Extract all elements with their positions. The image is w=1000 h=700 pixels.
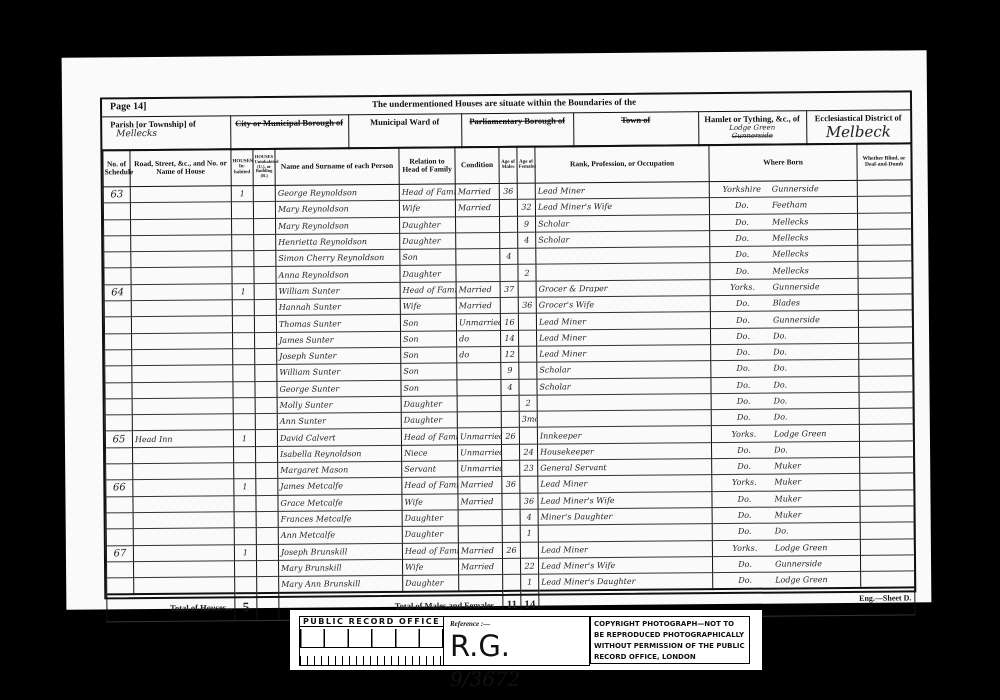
occupation <box>537 393 711 411</box>
house-name <box>131 251 232 268</box>
inhabited-count <box>233 349 255 365</box>
uninhabited <box>255 381 277 397</box>
where-born: Yorks.Gunnerside <box>710 278 858 296</box>
uninhabited <box>254 299 276 315</box>
relation: Head of Family <box>399 184 455 201</box>
blind-deaf <box>858 278 912 295</box>
inhabited-count: 1 <box>231 186 253 202</box>
relation: Wife <box>400 298 456 315</box>
parliamentary-field: Parliamentary Borough of <box>461 112 574 148</box>
house-name <box>131 267 232 284</box>
person-name: William Sunter <box>277 364 401 381</box>
age-male <box>502 460 520 476</box>
uninhabited <box>256 511 278 527</box>
age-female: 2 <box>518 265 536 281</box>
census-body: 631George ReynoldsonHead of FamilyMarrie… <box>103 180 915 595</box>
ecclesiastical-value: Melbeck <box>806 122 910 141</box>
relation: Son <box>401 379 457 396</box>
blind-deaf <box>857 180 911 197</box>
inhabited-count <box>232 251 254 267</box>
occupation: Grocer's Wife <box>536 296 710 314</box>
blind-deaf <box>859 441 913 458</box>
person-name: Henrietta Reynoldson <box>276 233 400 250</box>
house-name <box>131 300 232 317</box>
blind-deaf <box>859 359 913 376</box>
schedule-number <box>105 350 132 367</box>
born-place: Mellecks <box>772 217 808 226</box>
inhabited-count <box>232 218 254 234</box>
house-name <box>132 381 233 398</box>
condition: Unmarried <box>457 428 501 445</box>
pro-ruler-box: PUBLIC RECORD OFFICE <box>299 616 444 666</box>
person-name: Mary Brunskill <box>279 559 403 576</box>
age-male: 12 <box>501 346 519 362</box>
house-name <box>132 365 233 382</box>
occupation: Innkeeper <box>537 426 711 444</box>
uninhabited <box>255 414 277 430</box>
age-male <box>502 526 520 542</box>
col-house: Road, Street, &c., and No. or Name of Ho… <box>130 149 231 187</box>
house-name <box>134 577 235 595</box>
uninhabited <box>255 430 277 446</box>
schedule-number <box>106 496 133 513</box>
reference-value: R.G. 9/3672 <box>450 631 589 694</box>
relation: Niece <box>402 445 458 462</box>
born-place: Muker <box>774 494 801 503</box>
where-born: Do.Gunnerside <box>712 555 860 573</box>
house-name <box>134 561 235 578</box>
age-male: 37 <box>500 281 518 297</box>
person-name: George Sunter <box>277 380 401 397</box>
inhabited-count <box>235 560 257 576</box>
condition <box>456 265 500 282</box>
person-name: Simon Cherry Reynoldson <box>276 250 400 267</box>
age-male: 26 <box>502 542 520 558</box>
born-place: Do. <box>774 396 788 405</box>
person-name: Hannah Sunter <box>276 298 400 315</box>
inhabited-count <box>234 446 256 462</box>
age-male <box>502 509 520 525</box>
born-place: Muker <box>775 510 802 519</box>
condition <box>457 379 501 396</box>
person-name: Ann Sunter <box>277 412 401 429</box>
schedule-number <box>104 317 131 334</box>
born-place: Gunnerside <box>775 559 822 568</box>
house-name <box>133 479 234 496</box>
relation: Servant <box>402 461 458 478</box>
age-female <box>519 346 537 362</box>
born-county: Do. <box>713 380 773 390</box>
schedule-number <box>106 513 133 530</box>
age-female: 36 <box>520 493 538 509</box>
condition <box>456 249 500 266</box>
col-inhabited: HOUSES In-habited <box>231 149 253 186</box>
parish-label: Parish [or Township] of <box>102 115 230 129</box>
person-name: Anna Reynoldson <box>276 266 400 283</box>
condition: Married <box>458 558 502 575</box>
born-county: Do. <box>714 413 774 423</box>
age-female: 3mo <box>519 411 537 427</box>
born-county: Yorkshire <box>712 185 772 195</box>
born-county: Do. <box>712 250 772 260</box>
occupation: Lead Miner's Wife <box>538 556 712 574</box>
uninhabited <box>257 560 279 576</box>
hamlet-field: Hamlet or Tything, &c., of Lodge Green G… <box>698 110 807 146</box>
born-place: Do. <box>774 413 788 422</box>
col-uninhabited: HOUSES Uninhabited (U.), or Building (B.… <box>253 148 275 185</box>
occupation <box>536 263 710 281</box>
occupation: General Servant <box>538 459 712 477</box>
parliamentary-label: Parliamentary Borough of <box>461 112 573 126</box>
where-born: Do.Muker <box>712 490 860 508</box>
born-county: Yorks. <box>715 543 775 553</box>
schedule-number <box>105 333 132 350</box>
schedule-number <box>107 578 134 595</box>
age-female: 22 <box>520 558 538 574</box>
uninhabited <box>254 283 276 299</box>
person-name: Joseph Sunter <box>277 347 401 364</box>
relation: Son <box>401 347 457 364</box>
condition <box>457 412 501 429</box>
condition: Unmarried <box>456 314 500 331</box>
sheet-mark: Eng.—Sheet D. <box>859 593 911 602</box>
page-number: Page 14] <box>110 101 146 112</box>
condition: Married <box>458 542 502 559</box>
born-county: Do. <box>713 331 773 341</box>
age-female <box>520 542 538 558</box>
col-where-born: Where Born <box>709 143 857 181</box>
where-born: Do.Feetham <box>709 197 857 215</box>
relation: Head of Family <box>401 428 457 445</box>
schedule-number <box>105 382 132 399</box>
uninhabited <box>256 528 278 544</box>
age-female: 9 <box>518 216 536 232</box>
inhabited-count <box>234 495 256 511</box>
born-place: Mellecks <box>772 250 808 259</box>
schedule-number: 66 <box>106 480 133 497</box>
occupation: Grocer & Draper <box>536 279 710 297</box>
born-place: Lodge Green <box>775 543 828 552</box>
schedule-number <box>105 366 132 383</box>
schedule-number <box>106 464 133 481</box>
person-name: Margaret Mason <box>278 461 402 478</box>
where-born: Do.Muker <box>712 506 860 524</box>
relation: Daughter <box>403 575 459 592</box>
schedule-number: 67 <box>106 545 133 562</box>
occupation <box>537 410 711 428</box>
relation: Son <box>400 249 456 266</box>
person-name: Molly Sunter <box>277 396 401 413</box>
age-male <box>501 411 519 427</box>
occupation: Scholar <box>537 361 711 379</box>
inhabited-count <box>232 300 254 316</box>
ecclesiastical-field: Ecclesiastical District of Melbeck <box>806 109 910 145</box>
town-field: Town of <box>573 111 699 147</box>
condition: Married <box>455 183 499 200</box>
blind-deaf <box>858 310 912 327</box>
inhabited-count: 1 <box>234 544 256 560</box>
house-name <box>133 512 234 529</box>
person-name: James Metcalfe <box>278 478 402 495</box>
relation: Wife <box>399 200 455 217</box>
house-name <box>132 332 233 349</box>
inhabited-count <box>233 414 255 430</box>
blind-deaf <box>859 375 913 392</box>
house-name <box>132 349 233 366</box>
inhabited-count <box>233 397 255 413</box>
condition: Unmarried <box>458 461 502 478</box>
where-born: Do.Blades <box>710 294 858 312</box>
born-county: Do. <box>712 234 772 244</box>
person-name: Frances Metcalfe <box>278 510 402 527</box>
occupation: Lead Miner <box>538 540 712 558</box>
age-male: 4 <box>500 248 518 264</box>
age-female: 2 <box>519 395 537 411</box>
schedule-number <box>104 252 131 269</box>
born-county: Do. <box>712 266 772 276</box>
age-female <box>518 314 536 330</box>
born-place: Do. <box>773 380 787 389</box>
ward-label: Municipal Ward of <box>348 113 461 127</box>
age-female <box>519 362 537 378</box>
col-condition: Condition <box>455 146 499 183</box>
relation: Son <box>401 363 457 380</box>
blind-deaf <box>861 571 915 588</box>
age-male <box>500 265 518 281</box>
house-name <box>133 528 234 545</box>
age-female: 4 <box>520 509 538 525</box>
house-name <box>131 218 232 235</box>
reference-prefix: R.G. <box>450 629 510 663</box>
where-born: Do.Do. <box>711 360 859 378</box>
born-county: Yorks. <box>714 478 774 488</box>
census-table: No. of Schedule Road, Street, &c., and N… <box>102 142 915 622</box>
occupation: Scholar <box>537 377 711 395</box>
col-blind-deaf: Whether Blind, or Deaf-and-Dumb <box>857 143 911 180</box>
born-county: Do. <box>712 217 772 227</box>
age-female <box>519 379 537 395</box>
where-born: Do.Mellecks <box>710 246 858 264</box>
house-name <box>133 463 234 480</box>
age-female: 1 <box>521 574 539 591</box>
person-name: Mary Reynoldson <box>276 217 400 234</box>
blind-deaf <box>858 261 912 278</box>
relation: Daughter <box>402 526 458 543</box>
schedule-number <box>106 447 133 464</box>
condition: Unmarried <box>457 444 501 461</box>
relation: Wife <box>402 559 458 576</box>
uninhabited <box>257 577 279 594</box>
born-place: Muker <box>774 478 801 487</box>
age-female <box>518 281 536 297</box>
uninhabited <box>256 462 278 478</box>
where-born: Do.Muker <box>712 457 860 475</box>
person-name: Joseph Brunskill <box>278 543 402 560</box>
age-female: 1 <box>520 525 538 541</box>
age-female: 32 <box>517 199 535 215</box>
uninhabited <box>255 365 277 381</box>
born-place: Do. <box>774 445 788 454</box>
where-born: Do.Lodge Green <box>713 571 861 589</box>
condition <box>457 395 501 412</box>
blind-deaf <box>858 229 912 246</box>
total-uninhabited <box>257 593 279 621</box>
occupation: Lead Miner's Wife <box>535 198 709 216</box>
relation: Wife <box>402 493 458 510</box>
schedule-number <box>104 301 131 318</box>
born-county: Yorks. <box>713 283 773 293</box>
col-age-males: Age of Males <box>499 146 517 183</box>
born-place: Mellecks <box>772 266 808 275</box>
reference-label: Reference :— <box>450 620 490 628</box>
condition <box>456 232 500 249</box>
relation: Daughter <box>402 510 458 527</box>
blind-deaf <box>858 327 912 344</box>
born-county: Do. <box>713 364 773 374</box>
person-name: Mary Reynoldson <box>275 201 399 218</box>
schedule-number <box>105 415 132 432</box>
age-male: 36 <box>499 183 517 199</box>
hamlet-label: Hamlet or Tything, &c., of <box>698 110 806 124</box>
census-form: Page 14] The undermentioned Houses are s… <box>100 90 916 599</box>
age-female <box>520 476 538 492</box>
ecclesiastical-label: Ecclesiastical District of <box>806 109 910 123</box>
blind-deaf <box>857 212 911 229</box>
born-place: Blades <box>773 299 800 308</box>
borough-label: City or Municipal Borough of <box>230 114 348 128</box>
age-male <box>499 200 517 216</box>
blind-deaf <box>859 392 913 409</box>
house-name: Head Inn <box>132 430 233 447</box>
schedule-number: 63 <box>103 187 130 204</box>
where-born: YorkshireGunnerside <box>709 180 857 198</box>
age-female <box>519 330 537 346</box>
born-place: Gunnerside <box>773 315 820 324</box>
occupation: Lead Miner <box>536 312 710 330</box>
inhabited-count <box>232 235 254 251</box>
person-name: David Calvert <box>277 429 401 446</box>
age-male: 4 <box>501 379 519 395</box>
born-county: Do. <box>714 494 774 504</box>
occupation <box>538 524 712 542</box>
age-male: 16 <box>500 314 518 330</box>
condition <box>459 575 503 592</box>
schedule-number <box>105 399 132 416</box>
born-place: Do. <box>773 348 787 357</box>
born-county: Yorks. <box>714 429 774 439</box>
pro-title: PUBLIC RECORD OFFICE <box>300 617 443 627</box>
born-county: Do. <box>715 560 775 570</box>
occupation: Lead Miner <box>535 182 709 200</box>
col-name: Name and Surname of each Person <box>275 147 399 185</box>
inhabited-count: 1 <box>232 283 254 299</box>
age-male <box>503 574 521 591</box>
where-born: Do.Do. <box>711 343 859 361</box>
born-county: Do. <box>714 397 774 407</box>
total-houses-value: 5 <box>235 594 257 622</box>
blind-deaf <box>859 343 913 360</box>
inhabited-count <box>232 316 254 332</box>
uninhabited <box>254 218 276 234</box>
person-name: George Reynoldson <box>275 184 399 201</box>
occupation: Housekeeper <box>537 442 711 460</box>
ruler-scale <box>300 629 443 665</box>
inhabited-count: 1 <box>233 430 255 446</box>
born-place: Lodge Green <box>775 575 828 584</box>
relation: Head of Family <box>402 477 458 494</box>
age-female: 4 <box>518 232 536 248</box>
schedule-number: 65 <box>105 431 132 448</box>
inhabited-count: 1 <box>234 479 256 495</box>
house-name <box>131 316 232 333</box>
house-name <box>133 544 234 561</box>
house-name <box>133 447 234 464</box>
house-name <box>133 495 234 512</box>
where-born: Do.Mellecks <box>709 213 857 231</box>
person-name: William Sunter <box>276 282 400 299</box>
born-place: Feetham <box>772 201 807 210</box>
relation: Son <box>401 331 457 348</box>
where-born: Do.Do. <box>711 392 859 410</box>
uninhabited <box>254 234 276 250</box>
inhabited-count <box>232 267 254 283</box>
born-county: Do. <box>713 348 773 358</box>
where-born: Yorks.Muker <box>712 474 860 492</box>
where-born: Do.Mellecks <box>710 262 858 280</box>
condition <box>457 363 501 380</box>
ward-field: Municipal Ward of <box>348 113 462 149</box>
born-county: Do. <box>715 511 775 521</box>
age-male <box>501 395 519 411</box>
schedule-number <box>103 203 130 220</box>
uninhabited <box>253 185 275 201</box>
inhabited-count <box>235 577 257 594</box>
inhabited-count <box>233 381 255 397</box>
schedule-number <box>104 236 131 253</box>
relation: Head of Family <box>402 542 458 559</box>
age-male <box>502 493 520 509</box>
house-name <box>130 186 231 203</box>
copyright-notice: COPYRIGHT PHOTOGRAPH—NOT TO BE REPRODUCE… <box>590 616 750 664</box>
town-label: Town of <box>573 111 698 125</box>
age-female: 36 <box>518 297 536 313</box>
house-name <box>130 202 231 219</box>
person-name: Grace Metcalfe <box>278 494 402 511</box>
blind-deaf <box>860 538 914 555</box>
where-born: Do.Mellecks <box>710 229 858 247</box>
hamlet-struck-value: Gunnerside <box>698 131 806 140</box>
inhabited-count <box>233 332 255 348</box>
born-place: Muker <box>774 462 801 471</box>
age-male <box>500 216 518 232</box>
uninhabited <box>255 397 277 413</box>
blind-deaf <box>860 555 914 572</box>
relation: Son <box>400 314 456 331</box>
blind-deaf <box>860 457 914 474</box>
born-place: Do. <box>775 527 789 536</box>
born-county: Do. <box>715 576 775 586</box>
census-sheet: Page 14] The undermentioned Houses are s… <box>62 50 932 610</box>
parish-field: Parish [or Township] of Mellecks <box>102 115 231 151</box>
house-name <box>131 284 232 301</box>
where-born: Do.Do. <box>711 376 859 394</box>
inhabited-count <box>233 365 255 381</box>
condition <box>456 216 500 233</box>
age-female: 24 <box>519 444 537 460</box>
schedule-number <box>104 219 131 236</box>
col-schedule: No. of Schedule <box>103 150 130 187</box>
born-place: Gunnerside <box>773 282 820 291</box>
